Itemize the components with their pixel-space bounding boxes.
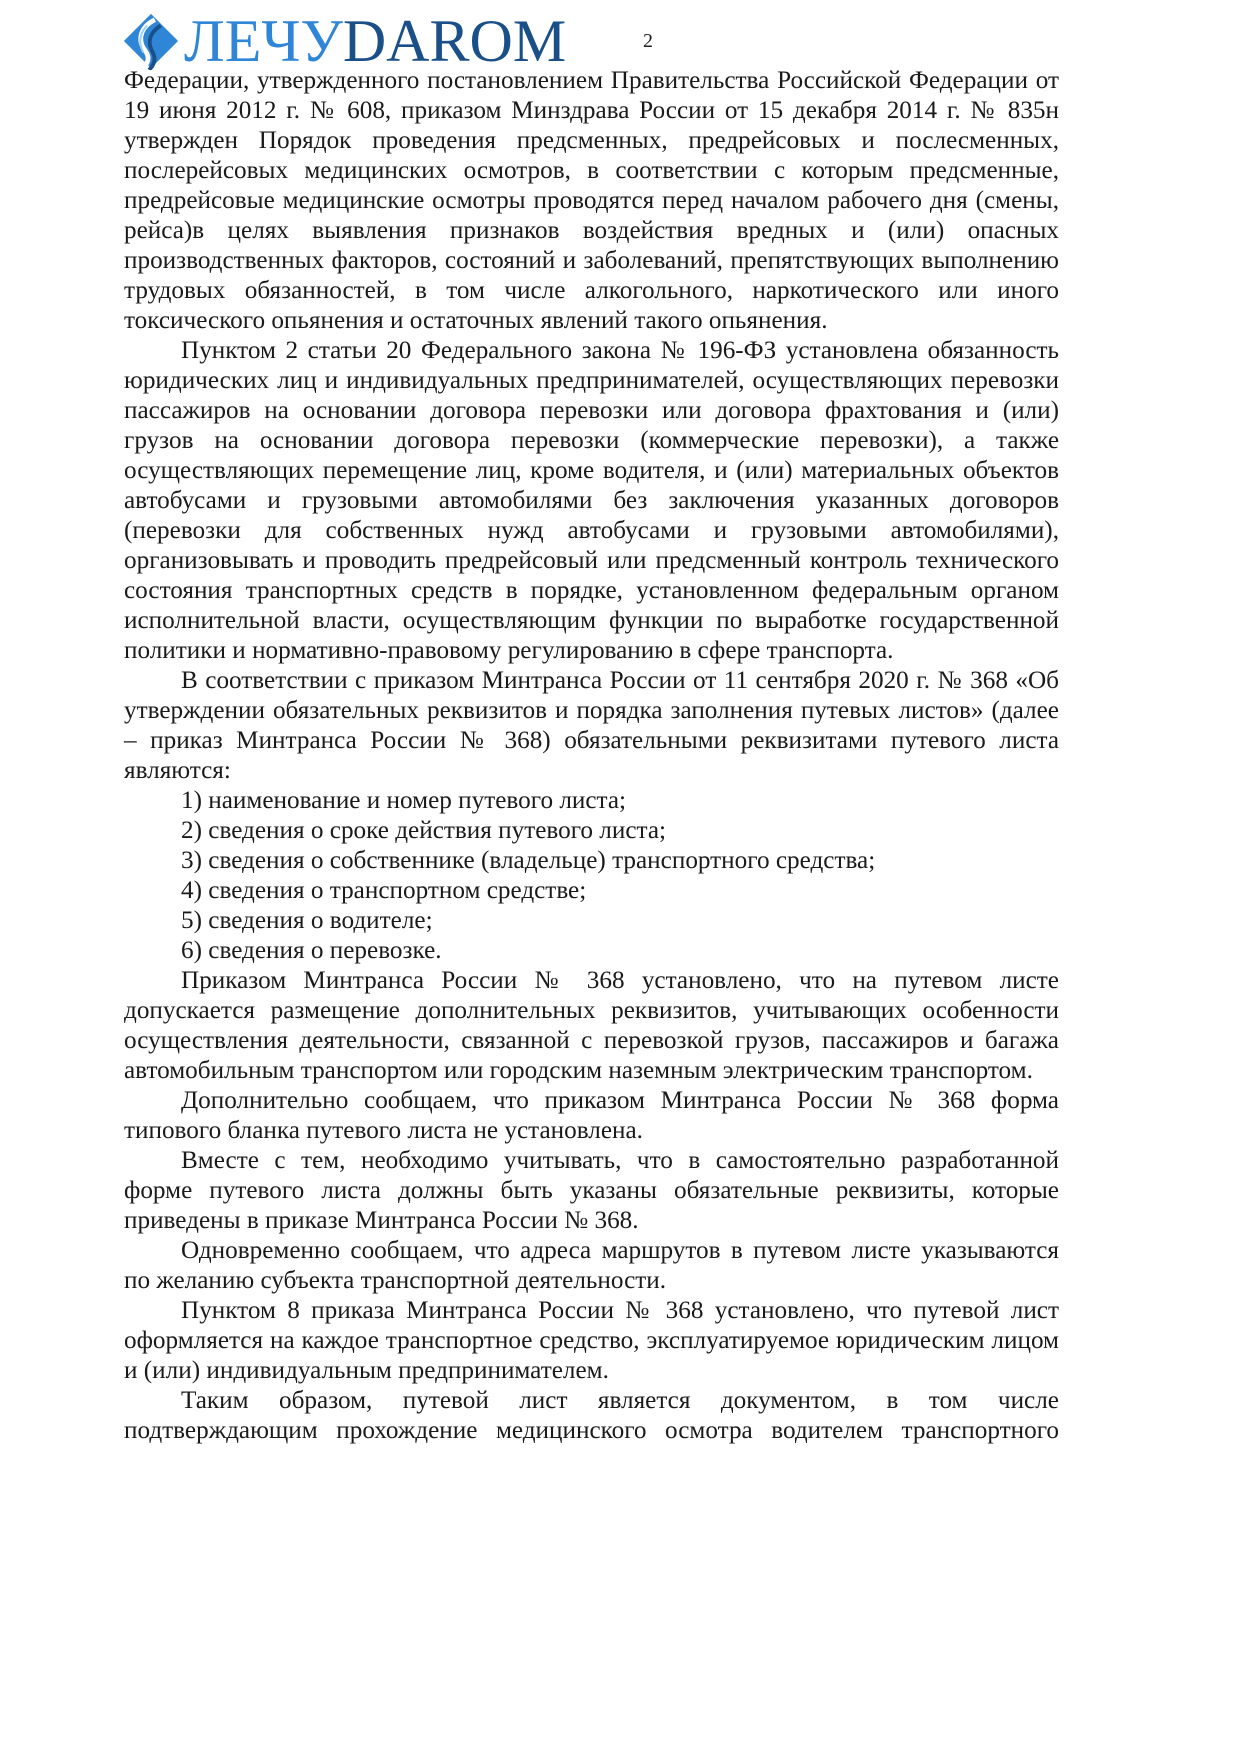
list-item: 4) сведения о транспортном средстве; (124, 876, 1059, 906)
page-number: 2 (643, 30, 653, 53)
list-item: 2) сведения о сроке действия путевого ли… (124, 816, 1059, 846)
paragraph-continued: Таким образом, путевой лист является док… (124, 1386, 1059, 1446)
list-item: 6) сведения о перевозке. (124, 936, 1059, 966)
paragraph: Одновременно сообщаем, что адреса маршру… (124, 1236, 1059, 1296)
list-item: 3) сведения о собственнике (владельце) т… (124, 846, 1059, 876)
paragraph: Пунктом 8 приказа Минтранса России № 368… (124, 1296, 1059, 1386)
logo-mark-icon (122, 12, 180, 70)
paragraph: Пунктом 2 статьи 20 Федерального закона … (124, 336, 1059, 666)
paragraph: Дополнительно сообщаем, что приказом Мин… (124, 1086, 1059, 1146)
list-item: 1) наименование и номер путевого листа; (124, 786, 1059, 816)
document-page: ЛЕЧУDAROM 2 Федерации, утвержденного пос… (0, 0, 1240, 1753)
logo-text: ЛЕЧУDAROM (184, 11, 566, 71)
list-item: 5) сведения о водителе; (124, 906, 1059, 936)
logo-text-lechu: ЛЕЧУ (184, 8, 343, 74)
paragraph: В соответствии с приказом Минтранса Росс… (124, 666, 1059, 786)
paragraph: Приказом Минтранса России № 368 установл… (124, 966, 1059, 1086)
paragraph: Вместе с тем, необходимо учитывать, что … (124, 1146, 1059, 1236)
paragraph: Федерации, утвержденного постановлением … (124, 66, 1059, 336)
document-body: Федерации, утвержденного постановлением … (124, 66, 1059, 1446)
logo-text-darom: DAROM (343, 8, 566, 74)
